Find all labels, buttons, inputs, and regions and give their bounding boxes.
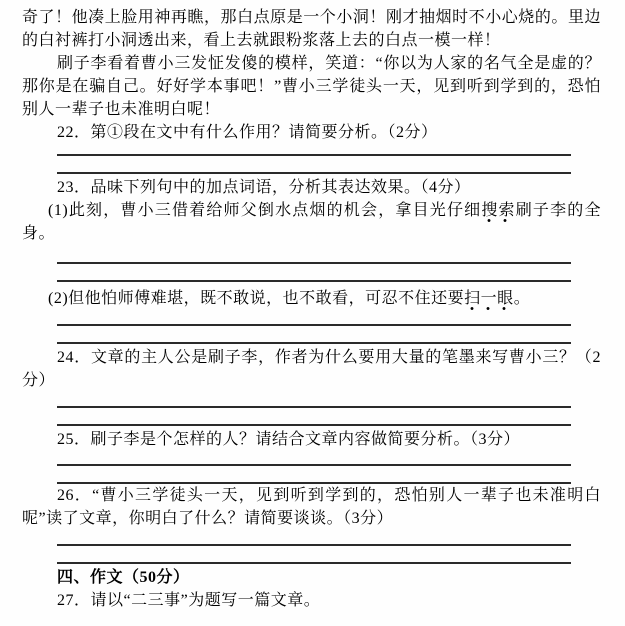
answer-line — [57, 408, 571, 426]
answer-line — [57, 546, 571, 564]
question-22-text: 第①段在文中有什么作用？请简要分析。（2分） — [91, 124, 438, 141]
essay-section-title: 四、作文（50分） — [22, 566, 601, 589]
answer-line — [57, 451, 571, 466]
answer-line — [57, 156, 571, 174]
question-25-text: 刷子李是个怎样的人？请结合文章内容做简要分析。（3分） — [91, 431, 521, 448]
question-23-item-2: (2)但他怕师傅难堪，既不敢说，也不敢看，可忍不住还要扫一眼。 — [22, 287, 601, 310]
question-25: 25．刷子李是个怎样的人？请结合文章内容做简要分析。（3分） — [22, 428, 601, 451]
answer-line — [57, 326, 571, 344]
question-27: 27．请以“二三事”为题写一篇文章。 — [22, 589, 601, 612]
item-1-emphasized-word: 搜索 — [481, 202, 515, 223]
question-22-number: 22． — [57, 124, 91, 141]
question-24-text: 文章的主人公是刷子李，作者为什么要用大量的笔墨来写曹小三？（2分） — [22, 349, 601, 389]
item-2-text-pre: 但他怕师傅难堪，既不敢说，也不敢看，可忍不住还要 — [68, 290, 464, 307]
question-23: 23．品味下列句中的加点词语，分析其表达效果。（4分） — [22, 176, 601, 199]
question-27-number: 27． — [57, 592, 91, 609]
exam-page: 奇了！他凑上脸用神再瞧，那白点原是一个小洞！刚才抽烟时不小心烧的。里边的白衬裤打… — [0, 0, 625, 626]
question-23-item-1: (1)此刻，曹小三借着给师父倒水点烟的机会，拿目光仔细搜索刷子李的全身。 — [22, 199, 601, 245]
question-26: 26．“曹小三学徒头一天，见到听到学到的，恐怕别人一辈子也未准明白呢”读了文章，… — [22, 484, 601, 530]
question-27-text: 请以“二三事”为题写一篇文章。 — [91, 592, 321, 609]
passage-paragraph-2: 刷子李看着曹小三发怔发傻的模样，笑道：“你以为人家的名气全是虚的？那你是在骗自己… — [22, 52, 601, 121]
question-24-number: 24． — [57, 349, 91, 366]
item-1-text-pre: 此刻，曹小三借着给师父倒水点烟的机会，拿目光仔细 — [68, 202, 481, 219]
item-1-label: (1) — [48, 202, 68, 219]
question-23-number: 23． — [57, 179, 91, 196]
item-2-label: (2) — [48, 290, 68, 307]
question-26-text: “曹小三学徒头一天，见到听到学到的，恐怕别人一辈子也未准明白呢”读了文章，你明白… — [22, 487, 601, 527]
answer-line — [57, 245, 571, 264]
question-24: 24．文章的主人公是刷子李，作者为什么要用大量的笔墨来写曹小三？（2分） — [22, 346, 601, 392]
answer-line — [57, 264, 571, 282]
item-2-text-post: 。 — [514, 290, 531, 307]
question-25-number: 25． — [57, 431, 91, 448]
item-2-emphasized-word: 扫一眼 — [464, 290, 514, 311]
answer-line — [57, 530, 571, 546]
question-26-number: 26． — [57, 487, 92, 504]
passage-paragraph-1: 奇了！他凑上脸用神再瞧，那白点原是一个小洞！刚才抽烟时不小心烧的。里边的白衬裤打… — [22, 6, 601, 52]
answer-line — [57, 392, 571, 408]
question-22: 22．第①段在文中有什么作用？请简要分析。（2分） — [22, 121, 601, 144]
answer-line — [57, 144, 571, 156]
answer-line — [57, 466, 571, 484]
question-23-text: 品味下列句中的加点词语，分析其表达效果。（4分） — [91, 179, 471, 196]
answer-line — [57, 310, 571, 326]
